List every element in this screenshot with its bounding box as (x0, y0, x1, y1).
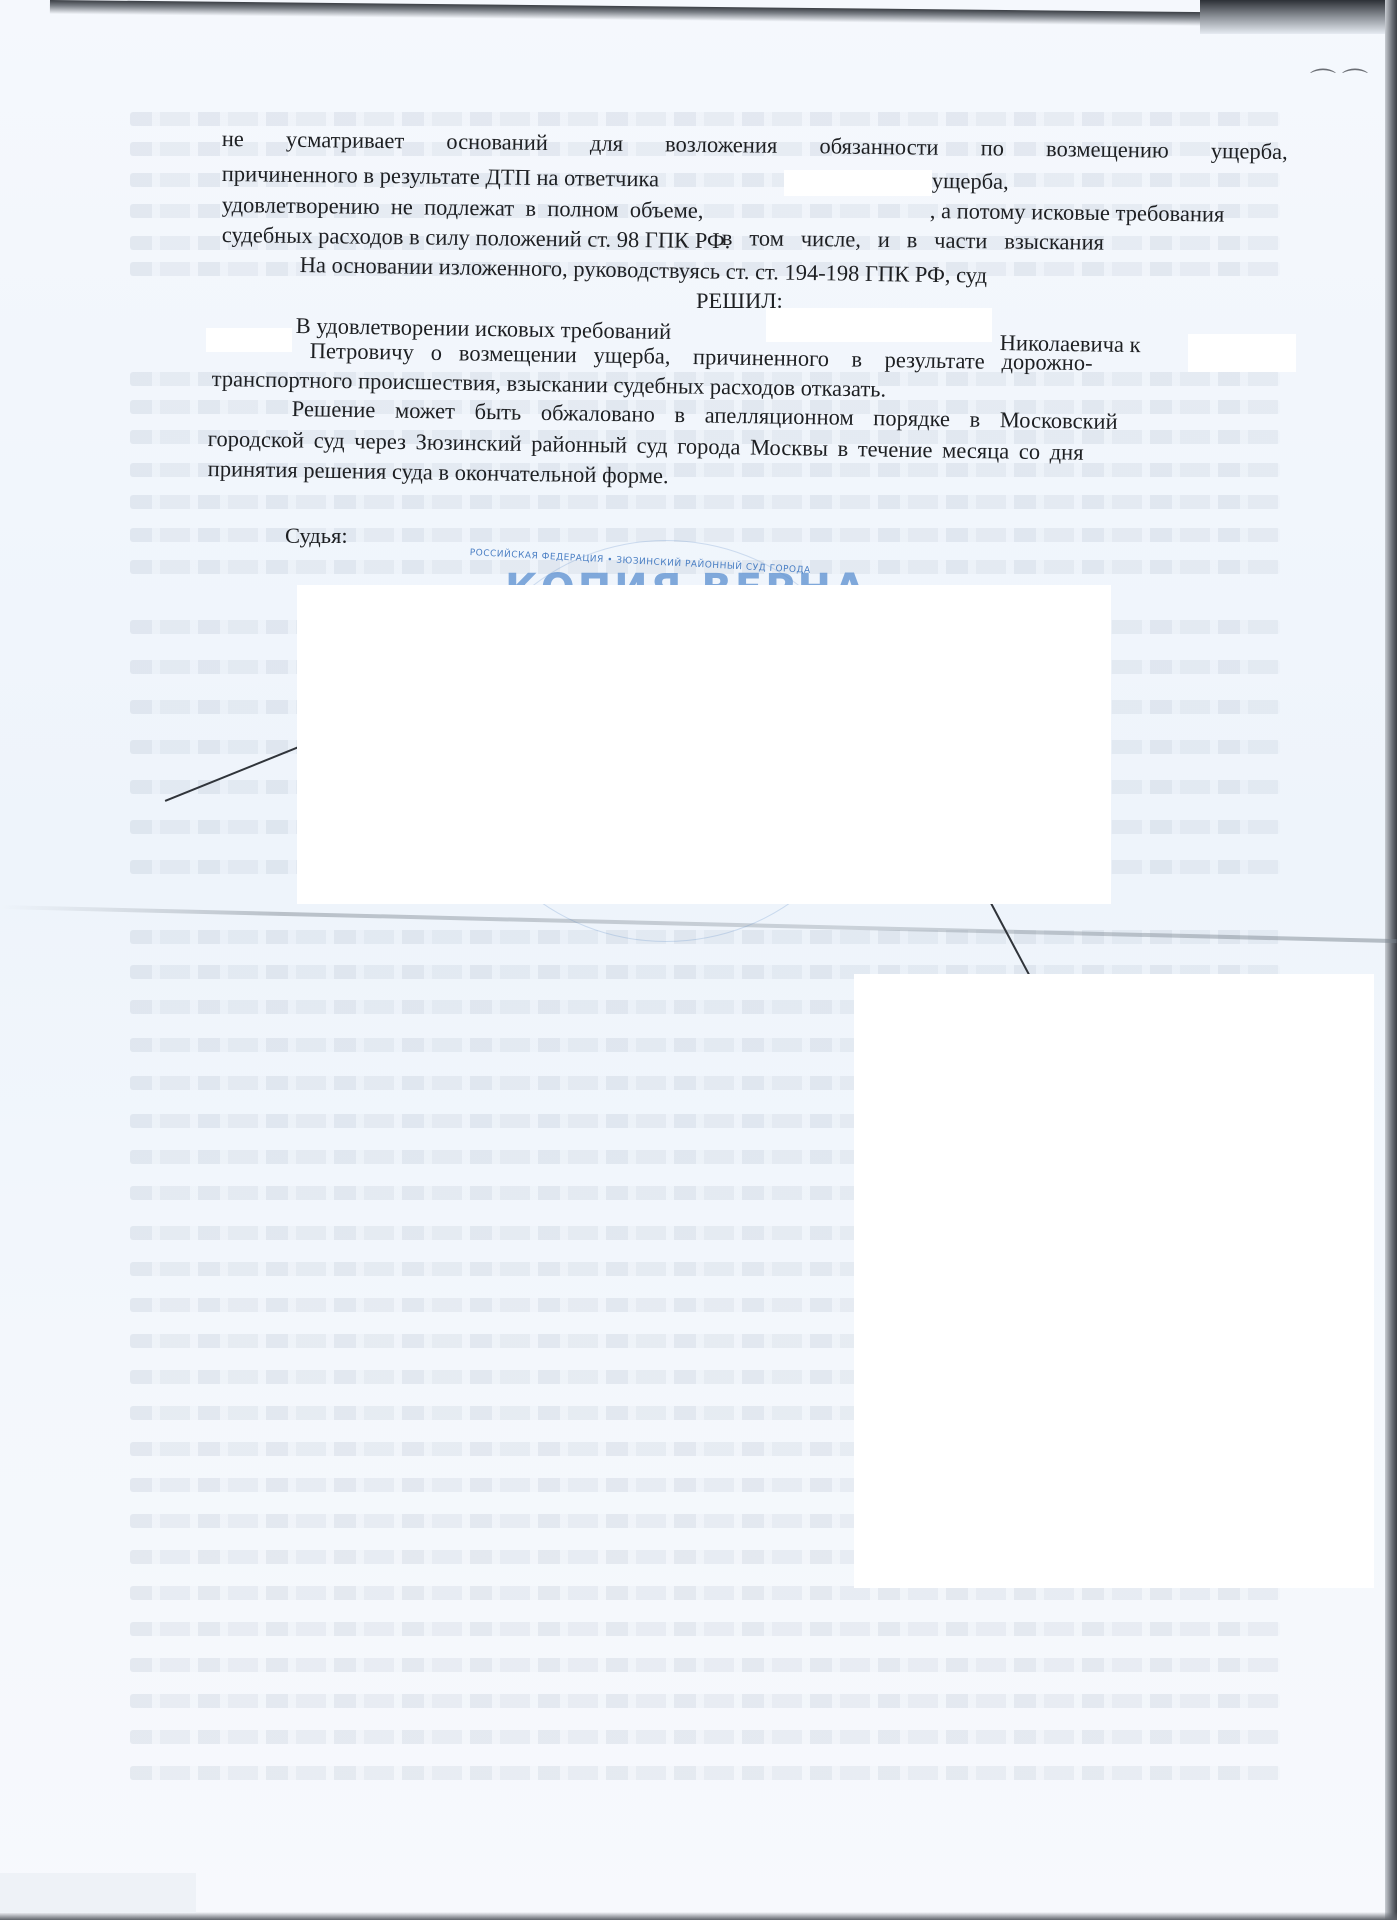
text-line-2: причиненного в результате ДТП на ответчи… (222, 161, 660, 192)
text-line-1: не усматривает оснований для возложения … (222, 126, 1288, 165)
bleed-through-line (130, 1694, 1280, 1708)
redaction-plaintiff-name-a (206, 328, 292, 352)
text-line-8-name: Николаевича к (1000, 330, 1141, 358)
line-text: удовлетворению не подлежат в полном объе… (222, 192, 704, 223)
text-line-5: На основании изложенного, руководствуясь… (300, 252, 988, 289)
bleed-through-line (130, 1766, 1280, 1780)
text-line-12: принятия решения суда в окончательной фо… (208, 456, 669, 489)
line-text: судебных расходов в силу положений ст. 9… (222, 222, 731, 253)
line-text: На основании изложенного, руководствуясь… (300, 252, 988, 288)
redaction-lower-right-block (854, 974, 1374, 1588)
line-text: Николаевича к (1000, 330, 1141, 357)
text-line-2-end: ущерба, (932, 168, 1009, 195)
text-line-3-end: , а потому исковые требования (930, 198, 1225, 228)
bleed-through-line (130, 495, 1280, 509)
redaction-defendant-name-2 (1188, 334, 1296, 372)
line-text: принятия решения суда в окончательной фо… (208, 456, 669, 488)
bleed-through-line (130, 1586, 1280, 1600)
bleed-through-line (130, 112, 1280, 126)
line-text: причиненного в результате ДТП на ответчи… (222, 161, 660, 191)
scanned-page: ⌒⌒ не усматривает оснований для возложен… (0, 0, 1397, 1920)
scan-bottom-tab (0, 1873, 196, 1913)
staple-mark-icon: ⌒⌒ (1310, 62, 1374, 99)
line-text: в том числе, и в части взыскания (722, 225, 1104, 255)
scan-right-edge (1385, 0, 1397, 1920)
scan-bottom-edge (0, 1912, 1397, 1920)
scan-corner-fold (1200, 0, 1397, 34)
line-text: , а потому исковые требования (930, 198, 1225, 227)
text-line-4-end: в том числе, и в части взыскания (722, 225, 1104, 256)
line-text: не усматривает оснований для возложения … (222, 126, 1288, 165)
line-text: Судья: (285, 523, 348, 548)
bleed-through-line (130, 1622, 1280, 1636)
bleed-through-line (130, 1730, 1280, 1744)
redaction-defendant-name (784, 170, 932, 196)
scan-top-edge (50, 0, 1350, 28)
redaction-plaintiff-name-b (766, 308, 992, 342)
redaction-signature-block (297, 585, 1111, 904)
signature-label: Судья: (285, 523, 348, 549)
text-line-3: удовлетворению не подлежат в полном объе… (222, 192, 704, 224)
line-text: ущерба, (932, 168, 1009, 194)
bleed-through-line (130, 1658, 1280, 1672)
